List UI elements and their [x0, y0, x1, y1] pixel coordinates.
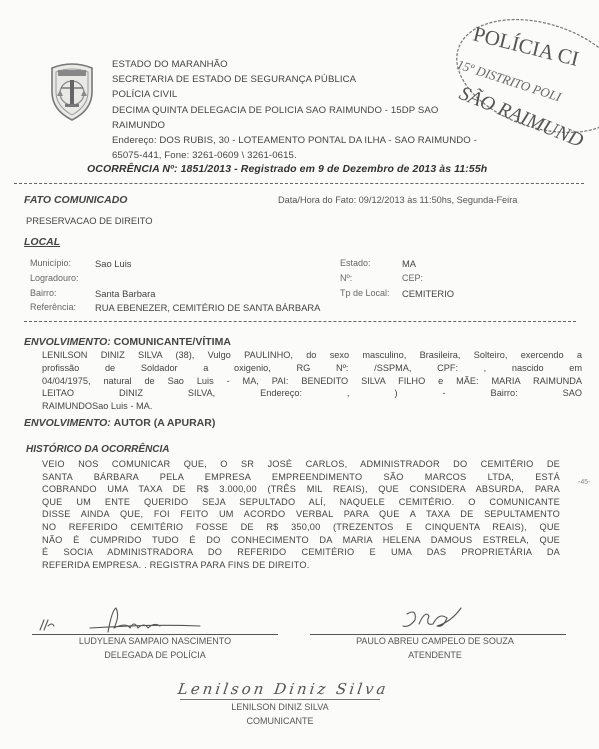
divider — [14, 183, 584, 184]
text-line: NÃO É CUMPRIDO TUDO É DO CONHECIMENTO DA… — [42, 534, 560, 547]
estado-value: MA — [402, 258, 416, 269]
header-address: Endereço: DOS RUBIS, 30 - LOTEAMENTO PON… — [112, 133, 477, 148]
comunicante-name: LENILSON DINIZ SILVA — [200, 702, 360, 712]
logradouro-label: Logradouro: — [30, 273, 79, 283]
bairro-label: Bairro: — [30, 288, 57, 298]
text-line: LEITAO DINIZ SILVA, Endereço: , ) - Bair… — [42, 387, 582, 400]
delegada-role: DELEGADA DE POLÍCIA — [70, 650, 240, 660]
municipio-label: Município: — [30, 258, 71, 268]
cep-label: CEP: — [402, 273, 423, 283]
fato-datetime: Data/Hora do Fato: 09/12/2013 às 11:50hs… — [278, 195, 517, 205]
header-state: ESTADO DO MARANHÃO — [112, 57, 477, 72]
atendente-role: ATENDENTE — [325, 650, 545, 660]
tipo-label: Tp de Local: — [340, 288, 390, 298]
text-line: É SOCIA ADMINISTRADORA DO REFERIDO CEMIT… — [42, 546, 560, 559]
fato-value: PRESERVACAO DE DIREITO — [26, 215, 153, 226]
text-line: NO REFERIDO CEMITÉRIO FOSSE DE R$ 350,00… — [42, 521, 560, 534]
signature-line — [32, 634, 278, 635]
text-line: LENILSON DINIZ SILVA (38), Vulgo PAULINH… — [42, 349, 582, 362]
header-police: POLÍCIA CIVIL — [112, 87, 477, 102]
divider — [24, 321, 576, 322]
envolvimento-role: COMUNICANTE/VÍTIMA — [114, 336, 231, 348]
envolvimento-autor-title: ENVOLVIMENTO: AUTOR (A APURAR) — [24, 417, 215, 429]
envolvimento-label: ENVOLVIMENTO: — [24, 417, 111, 429]
signature-line — [180, 699, 380, 700]
signature-line — [310, 634, 566, 635]
envolvimento-vitima-title: ENVOLVIMENTO: COMUNICANTE/VÍTIMA — [24, 336, 231, 348]
tipo-value: CEMITERIO — [402, 288, 454, 299]
envolvimento-vitima-text: LENILSON DINIZ SILVA (38), Vulgo PAULINH… — [42, 349, 582, 413]
bairro-value: Santa Barbara — [95, 288, 155, 299]
numero-label: Nº: — [340, 273, 352, 283]
comunicante-role: COMUNICANTE — [200, 716, 360, 726]
text-line: VEIO NOS COMUNICAR QUE, O SR JOSÉ CARLOS… — [42, 458, 560, 471]
header-delegacia: DECIMA QUINTA DELEGACIA DE POLICIA SAO R… — [112, 103, 477, 118]
historico-text: VEIO NOS COMUNICAR QUE, O SR JOSÉ CARLOS… — [42, 458, 560, 571]
text-line: REFERIDA EMPRESA. . REGISTRA PARA FINS D… — [42, 559, 560, 572]
text-line: SANTA BÁRBARA PELA EMPRESA EMPREENDIMENT… — [42, 471, 560, 484]
text-line: 04/04/1975, natural de Sao Luis - MA, PA… — [42, 375, 582, 388]
text-line: DISSE AINDA QUE, FOI FEITO UM ACORDO VER… — [42, 508, 560, 521]
margin-mark: -45- — [578, 479, 590, 486]
referencia-value: RUA EBENEZER, CEMITÉRIO DE SANTA BÁRBARA — [95, 302, 320, 313]
occurrence-title: OCORRÊNCIA Nº: 1851/2013 - Registrado em… — [87, 163, 487, 175]
text-line: profissão de Soldador a oxigenio, RG Nº:… — [42, 362, 582, 375]
text-line: RAIMUNDOSao Luis - MA. — [42, 400, 582, 413]
handwritten-signature-icon — [30, 606, 270, 636]
police-stamp: POLÍCIA CI 15º DISTRITO POLI SÃO RAIMUND — [452, 6, 599, 156]
text-line: QUE UM ENTE QUERIDO SEJA SEPULTADO ALÍ, … — [42, 496, 560, 509]
fato-title: FATO COMUNICADO — [24, 194, 127, 206]
header-secretariat: SECRETARIA DE ESTADO DE SEGURANÇA PÚBLIC… — [112, 72, 477, 87]
referencia-label: Referência: — [30, 302, 76, 312]
policia-civil-badge-icon — [46, 60, 98, 122]
envolvimento-label: ENVOLVIMENTO: — [24, 336, 111, 348]
comunicante-handwritten-signature: Lenilson Diniz Silva — [177, 680, 390, 698]
text-line: COBRANDO UMA TAXA DE R$ 3.000,00 (TRÊS M… — [42, 483, 560, 496]
estado-label: Estado: — [340, 258, 371, 268]
delegada-name: LUDYLENA SAMPAIO NASCIMENTO — [70, 636, 240, 646]
header-delegacia-cont: RAIMUNDO — [112, 118, 477, 133]
header-phone: 65075-441, Fone: 3261-0609 \ 3261-0615. — [112, 148, 477, 163]
municipio-value: Sao Luis — [95, 258, 131, 269]
envolvimento-role: AUTOR (A APURAR) — [114, 417, 216, 429]
local-title: LOCAL — [24, 236, 60, 248]
historico-title: HISTÓRICO DA OCORRÊNCIA — [26, 444, 170, 455]
agency-header: ESTADO DO MARANHÃO SECRETARIA DE ESTADO … — [112, 57, 477, 163]
atendente-name: PAULO ABREU CAMPELO DE SOUZA — [325, 636, 545, 646]
handwritten-signature-icon — [395, 604, 485, 638]
